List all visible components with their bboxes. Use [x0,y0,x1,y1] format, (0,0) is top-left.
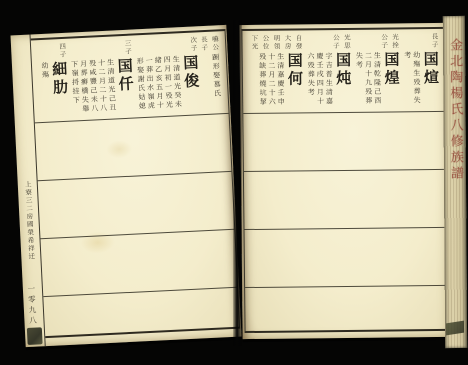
relation-label: 長子 [200,36,209,53]
relation-label: 自發 [294,34,302,51]
person-detail: 生清道光癸未四月初一殁光緒乙亥五月十一葬出水嶺虎形娶謝氏姑媳 [135,55,183,113]
relation-label: 大房 [283,35,291,52]
row-rule [40,229,234,239]
relation-label: 下光 [250,35,258,52]
relation-labels: 光拴 公子 [380,33,399,50]
relation-label: 光思 [343,34,351,51]
person-name: 国仟 [116,58,135,115]
relation-labels: 次子 [189,36,198,53]
person-detail: 蹰形娶慕氏 [211,53,223,109]
row-rule [43,287,237,297]
person-name: 国煌 [383,51,400,107]
person-entry-continuation: 囌公 長子 蹰形娶慕氏 [200,35,223,110]
left-page-frame: 囌公 長子 蹰形娶慕氏 次子 国俊 生清道光癸未四月初一殁光緒乙亥五月十一葬出水… [31,29,240,338]
person-detail: 字吉普生清嘉慶壬戌四月十六殁葬失考 [306,52,334,108]
person-entry-guoxuan: 長子 国煊 幼殤生殁葬失考 [402,33,439,107]
relation-label: 囌公 [211,35,220,52]
row-rule [38,171,232,181]
row-rule [244,169,446,172]
relation-labels: 囌公 長子 [200,35,220,53]
relation-label: 三子 [124,40,133,57]
right-page-entry-band: 長子 国煊 幼殤生殁葬失考 光拴 公子 国煌 生清乾隆己酉二月十九殁葬失考 [242,31,445,113]
person-name: 国何 [287,52,304,108]
relation-labels: 長子 [430,33,438,50]
person-entry-guojun: 次子 国俊 生清道光癸未四月初一殁光緒乙亥五月十一葬出水嶺虎形娶謝氏姑媳 [134,36,201,113]
person-entry-guohe: 自發 大房 明領 公位 下光 国何 生清嘉慶壬申十二月二十六殁缺葬燒坑挈 [250,34,303,109]
relation-label: 公子 [380,34,388,51]
person-detail: 幼殤生殁葬失考 [403,51,422,107]
person-entry-guoqian: 三子 国仟 生清道光己丑十二月二十八殁咸豐己未八月葬癬橋失舉下嶺捋挂下 [69,40,136,117]
right-page: 長子 国煊 幼殤生殁葬失考 光拴 公子 国煌 生清乾隆己酉二月十九殁葬失考 [239,23,447,339]
person-name: 国炖 [335,52,352,108]
left-page-entry-band: 囌公 長子 蹰形娶慕氏 次子 国俊 生清道光癸未四月初一殁光緒乙亥五月十一葬出水… [31,33,229,122]
left-page: 上寮三二房國榮希祥迁 一零九八 囌公 長子 蹰形娶慕氏 [11,25,242,347]
relation-label: 長子 [430,33,438,50]
fold-section-text: 上寮三二房國榮希祥迁 [24,181,37,277]
person-name: 細肋 [51,61,70,118]
person-entry-xilei: 四子 細肋 幼殤 [39,43,70,118]
relation-label: 四子 [58,43,67,60]
relation-label: 次子 [189,36,198,53]
fore-edge-strip: 金北陶楊氏八修族譜 [443,16,467,348]
relation-labels: 三子 [124,40,133,57]
relation-label: 公子 [332,34,340,51]
relation-labels: 四子 [58,43,67,60]
person-entry-guohuang: 光拴 公子 国煌 生清乾隆己酉二月十九殁葬失考 [354,33,400,107]
relation-label: 光拴 [391,33,399,50]
person-detail: 生清乾隆己酉二月十九殁葬失考 [354,52,382,108]
row-rule [244,227,446,230]
ink-stamp-mark [27,327,43,345]
relation-label: 明領 [272,35,280,52]
person-entry-guodun: 光思 公子 国炖 字吉普生清嘉慶壬戌四月十六殁葬失考 [306,34,352,108]
person-detail: 生清嘉慶壬申十二月二十六殁缺葬燒坑挈 [258,53,286,109]
relation-labels: 自發 大房 明領 公位 下光 [250,34,302,52]
person-name: 国俊 [182,54,201,111]
person-name: 国煊 [423,51,440,107]
page-gutter [233,20,242,346]
person-detail: 生清道光己丑十二月二十八殁咸豐己未八月葬癬橋失舉下嶺捋挂下 [69,58,117,116]
row-rule [245,285,447,288]
fore-edge-ink-mark [446,321,464,336]
relation-labels: 光思 公子 [332,34,351,51]
book-spread-photo: 上寮三二房國榮希祥迁 一零九八 囌公 長子 蹰形娶慕氏 [0,0,468,365]
relation-label: 公位 [261,35,269,52]
fold-page-number: 一零九八 [26,284,39,326]
right-page-frame: 長子 国煊 幼殤生殁葬失考 光拴 公子 国煌 生清乾隆己酉二月十九殁葬失考 [241,27,447,333]
fore-edge-title-text: 金北陶楊氏八修族譜 [447,38,462,182]
